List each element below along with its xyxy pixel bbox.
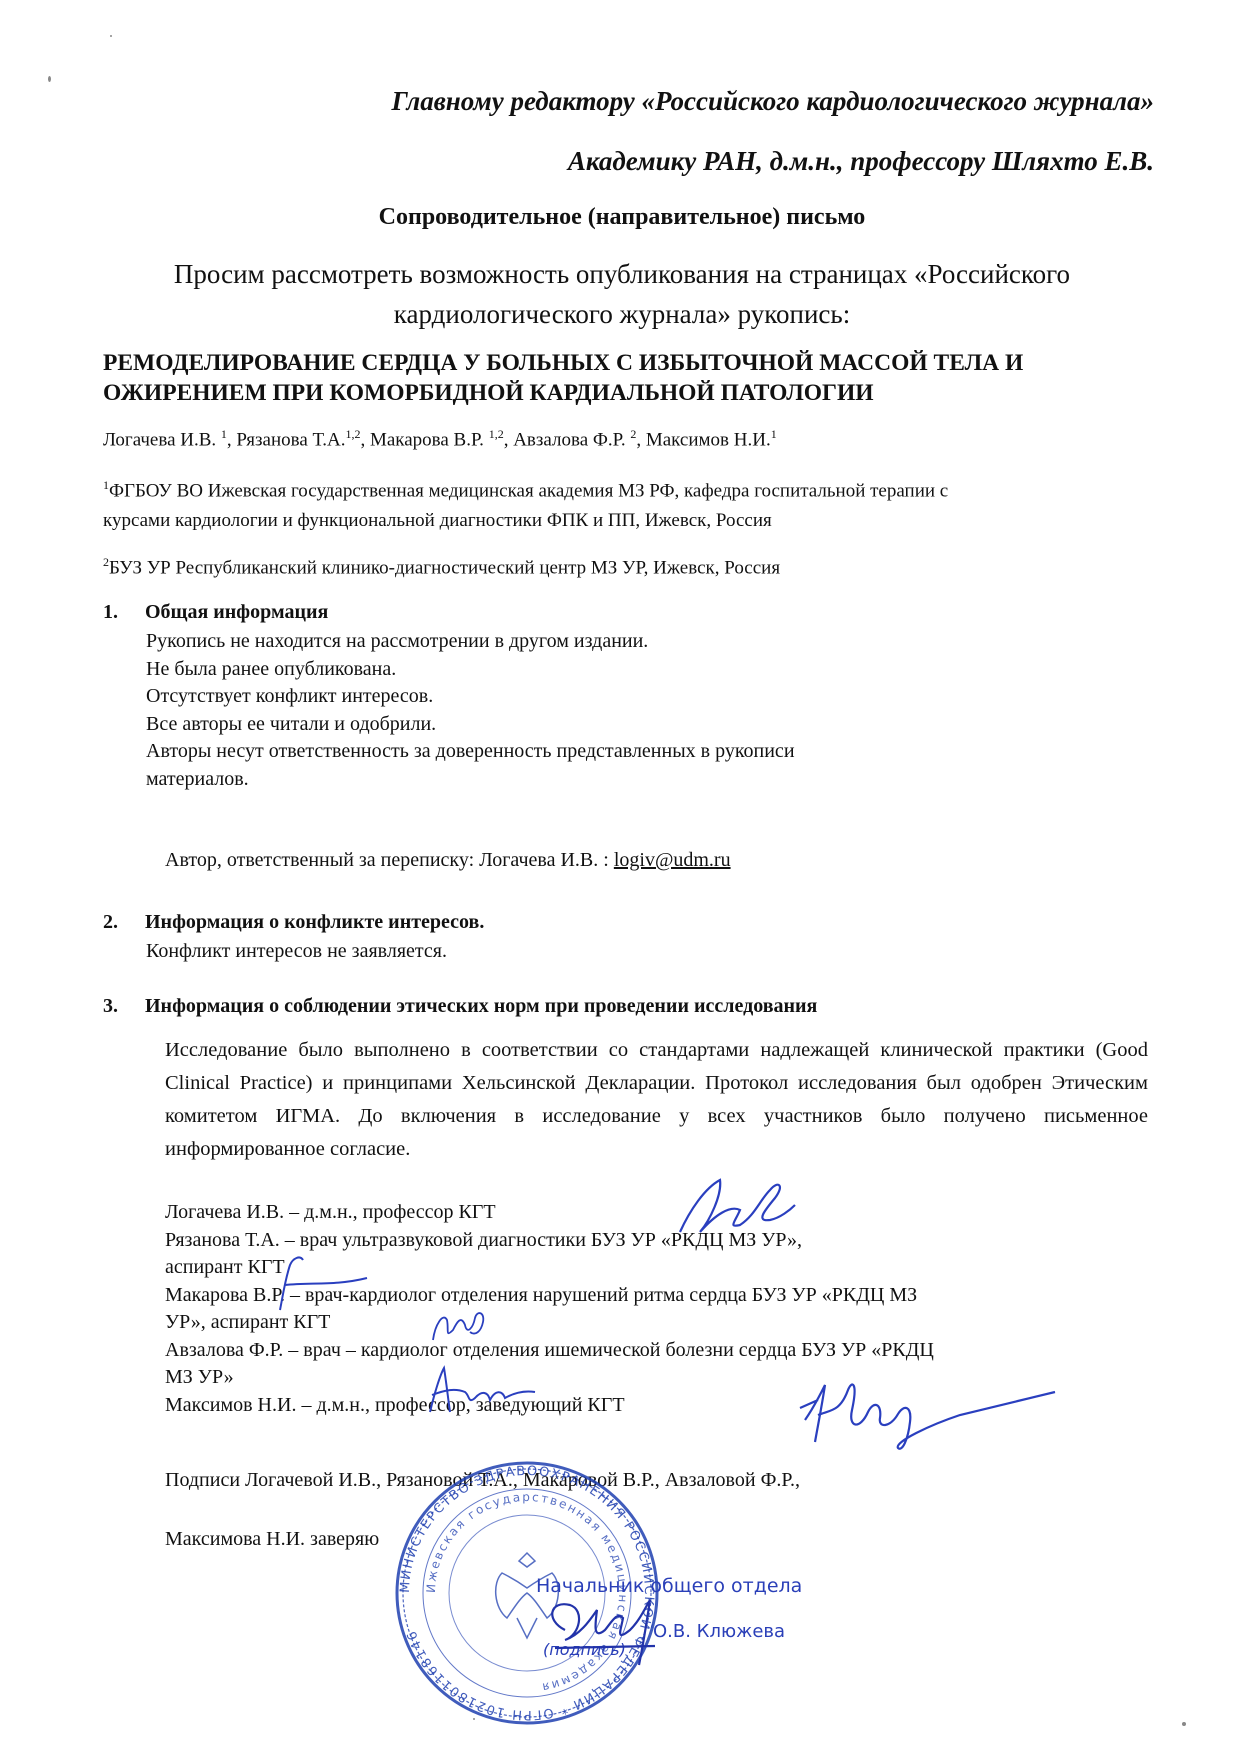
signature-avzalova-icon	[420, 1360, 540, 1420]
author-affiliation-mark: 1,2	[345, 427, 360, 441]
scan-speck	[48, 76, 51, 82]
scan-speck	[110, 35, 112, 37]
section-1-body: Рукопись не находится на рассмотрении в …	[146, 628, 795, 793]
statement-line: Отсутствует конфликт интересов.	[146, 683, 795, 711]
addressee-line-1: Главному редактору «Российского кардиоло…	[392, 86, 1155, 117]
addressee-line-2: Академику РАН, д.м.н., профессору Шляхто…	[568, 146, 1154, 177]
section-title: Информация о соблюдении этических норм п…	[145, 995, 817, 1017]
ethics-paragraph: Исследование было выполнено в соответств…	[165, 1034, 1148, 1166]
signature-ryazanova-icon	[255, 1250, 375, 1315]
corresponding-author: Автор, ответственный за переписку: Логач…	[165, 849, 731, 872]
author-affiliation-mark: 1,2	[489, 427, 504, 441]
signature-makarova-icon	[425, 1300, 495, 1350]
author-name: Макарова В.Р.	[370, 429, 484, 450]
section-2-body: Конфликт интересов не заявляется.	[146, 938, 447, 966]
request-text: Просим рассмотреть возможность опубликов…	[100, 254, 1144, 334]
request-line-1: Просим рассмотреть возможность опубликов…	[100, 254, 1144, 294]
section-2-heading: 2.Информация о конфликте интересов.	[103, 911, 484, 934]
statement-line: Все авторы ее читали и одобрили.	[146, 711, 795, 739]
statement-line: Не была ранее опубликована.	[146, 656, 795, 684]
document-title: Сопроводительное (направительное) письмо	[0, 204, 1244, 231]
signature-logacheva-icon	[660, 1170, 810, 1240]
manuscript-title-line-1: РЕМОДЕЛИРОВАНИЕ СЕРДЦА У БОЛЬНЫХ С ИЗБЫТ…	[103, 348, 1143, 378]
corresponding-author-label: Автор, ответственный за переписку: Логач…	[165, 849, 614, 871]
author-list: Логачева И.В. 1, Рязанова Т.А.1,2, Макар…	[103, 427, 777, 451]
manuscript-title-line-2: ОЖИРЕНИЕМ ПРИ КОМОРБИДНОЙ КАРДИАЛЬНОЙ ПА…	[103, 378, 1143, 408]
affiliation-2: 2БУЗ УР Республиканский клинико-диагност…	[103, 547, 1148, 583]
section-number: 2.	[103, 911, 145, 934]
statement-line: Авторы несут ответственность за доверенн…	[146, 738, 795, 766]
affiliation-1: 1ФГБОУ ВО Ижевская государственная медиц…	[103, 470, 1148, 536]
statement-line: Конфликт интересов не заявляется.	[146, 938, 447, 966]
author-name: Максимов Н.И.	[646, 429, 771, 450]
scan-speck	[473, 1718, 475, 1720]
section-title: Общая информация	[145, 601, 328, 623]
manuscript-title: РЕМОДЕЛИРОВАНИЕ СЕРДЦА У БОЛЬНЫХ С ИЗБЫТ…	[103, 348, 1143, 408]
author-name: Рязанова Т.А.	[236, 429, 345, 450]
email-link[interactable]: logiv@udm.ru	[614, 849, 731, 871]
author-affiliation-mark: 1	[771, 427, 777, 441]
section-number: 3.	[103, 995, 145, 1018]
statement-line: материалов.	[146, 766, 795, 794]
request-line-2: кардиологического журнала» рукопись:	[100, 294, 1144, 334]
certification-line-2: Максимова Н.И. заверяю	[165, 1528, 379, 1551]
signature-klyuzheva-icon	[535, 1590, 665, 1670]
role-line: Авзалова Ф.Р. – врач – кардиолог отделен…	[165, 1337, 1155, 1365]
author-name: Логачева И.В.	[103, 429, 216, 450]
author-name: Авзалова Ф.Р.	[513, 429, 625, 450]
officer-name: О.В. Клюжева	[653, 1621, 785, 1642]
scan-speck	[1182, 1722, 1186, 1726]
signature-maksimov-icon	[790, 1370, 1070, 1460]
section-number: 1.	[103, 601, 145, 624]
section-title: Информация о конфликте интересов.	[145, 911, 484, 933]
section-1-heading: 1.Общая информация	[103, 601, 328, 624]
statement-line: Рукопись не находится на рассмотрении в …	[146, 628, 795, 656]
section-3-heading: 3.Информация о соблюдении этических норм…	[103, 995, 817, 1018]
